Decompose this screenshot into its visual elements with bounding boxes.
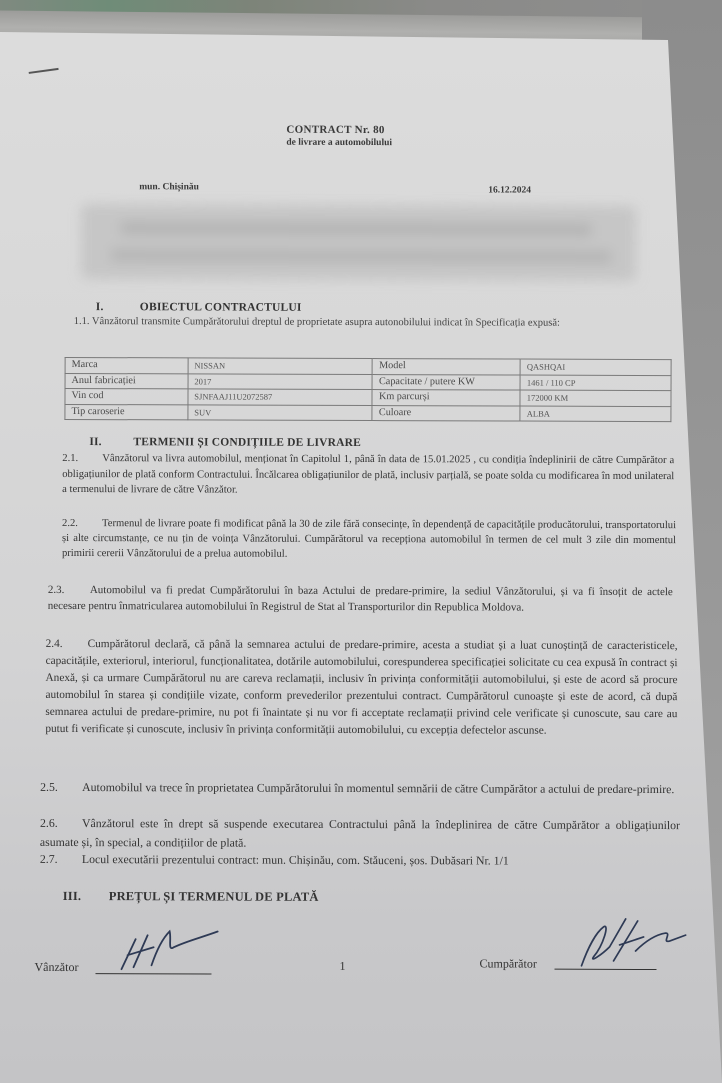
- clause-2-3: 2.3.Automobilul va fi predat Cumpărătoru…: [48, 582, 673, 616]
- clause-number: 2.3.: [48, 582, 90, 598]
- section-title: PREȚUL ȘI TERMENUL DE PLATĂ: [109, 889, 319, 904]
- spec-value: 2017: [188, 373, 373, 389]
- spec-value: NISSAN: [188, 358, 373, 374]
- spec-label: Tip caroserie: [65, 404, 188, 420]
- table-row: Tip caroserie SUV Culoare ALBA: [65, 404, 671, 422]
- clause-text: Cumpărătorul declară, că până la semnare…: [45, 638, 677, 736]
- spec-value: SUV: [188, 404, 373, 420]
- spec-value: QASHQAI: [520, 359, 671, 375]
- clause-2-1: 2.1.Vânzătorul va livra automobilul, men…: [62, 451, 674, 500]
- spec-label: Km parcurși: [372, 390, 520, 406]
- clause-text: Locul executării prezentului contract: m…: [82, 852, 509, 867]
- section-number: I.: [96, 301, 140, 313]
- clause-number: 2.1.: [62, 451, 102, 467]
- clause-number: 2.5.: [40, 778, 82, 797]
- spec-label: Culoare: [372, 405, 520, 421]
- spec-value: 172000 KM: [520, 390, 671, 406]
- section-title: TERMENII ȘI CONDIȚIILE DE LIVRARE: [133, 436, 361, 449]
- spec-value: 1461 / 110 CP: [520, 375, 671, 391]
- contract-city: mun. Chișinău: [139, 182, 199, 192]
- spec-label: Model: [373, 359, 521, 375]
- section-heading-2: II.TERMENII ȘI CONDIȚIILE DE LIVRARE: [89, 436, 361, 449]
- redacted-parties-block: [81, 204, 636, 281]
- seller-signature-icon: [113, 917, 223, 977]
- clause-text: Automobilul va fi predat Cumpărătorului …: [48, 584, 673, 614]
- section-heading-1: I.OBIECTUL CONTRACTULUI: [96, 301, 302, 314]
- section-heading-3: III.PREȚUL ȘI TERMENUL DE PLATĂ: [63, 889, 319, 905]
- pen-mark: [29, 68, 59, 74]
- contract-subtitle: de livrare a automobilului: [286, 138, 392, 148]
- section-number: III.: [63, 889, 109, 904]
- spec-label: Anul fabricației: [65, 373, 188, 389]
- vehicle-spec-table: Marca NISSAN Model QASHQAI Anul fabricaț…: [64, 357, 671, 422]
- section-title: OBIECTUL CONTRACTULUI: [140, 301, 302, 314]
- clause-2-5: 2.5.Automobilul va trece în proprietatea…: [40, 778, 680, 799]
- spec-value: ALBA: [520, 406, 671, 422]
- clause-2-2: 2.2.Termenul de livrare poate fi modific…: [62, 516, 676, 564]
- clause-number: 2.6.: [40, 814, 82, 833]
- clause-2-4: 2.4.Cumpărătorul declară, că până la sem…: [45, 636, 677, 740]
- section-number: II.: [89, 436, 133, 448]
- spec-label: Capacitate / putere KW: [372, 374, 520, 390]
- clause-number: 2.7.: [40, 850, 82, 869]
- page-number: 1: [339, 959, 345, 974]
- buyer-signature-icon: [573, 911, 688, 971]
- clause-2-7: 2.7.Locul executării prezentului contrac…: [40, 850, 680, 871]
- spec-label: Marca: [65, 357, 188, 373]
- clause-number: 2.2.: [62, 516, 102, 531]
- clause-number: 2.4.: [46, 636, 88, 653]
- clause-text: Vânzătorul va livra automobilul, mențion…: [62, 453, 674, 495]
- buyer-label: Cumpărător: [479, 956, 536, 971]
- contract-date: 16.12.2024: [488, 185, 531, 195]
- spec-value: SJNFAAJ11U2072587: [188, 389, 373, 405]
- clause-1-1: 1.1. Vânzătorul transmite Cumpărătorului…: [74, 315, 669, 331]
- clause-text: Automobilul va trece în proprietatea Cum…: [82, 780, 674, 796]
- clause-text: Termenul de livrare poate fi modificat p…: [62, 518, 676, 560]
- seller-label: Vânzător: [34, 960, 78, 975]
- spec-label: Vin cod: [65, 388, 188, 404]
- contract-document: CONTRACT Nr. 80 de livrare a automobilul…: [0, 0, 722, 1083]
- clause-2-6: 2.6.Vânzătorul este în drept să suspende…: [40, 814, 680, 853]
- contract-title: CONTRACT Nr. 80: [286, 124, 384, 136]
- clause-text: Vânzătorul este în drept să suspende exe…: [40, 816, 680, 849]
